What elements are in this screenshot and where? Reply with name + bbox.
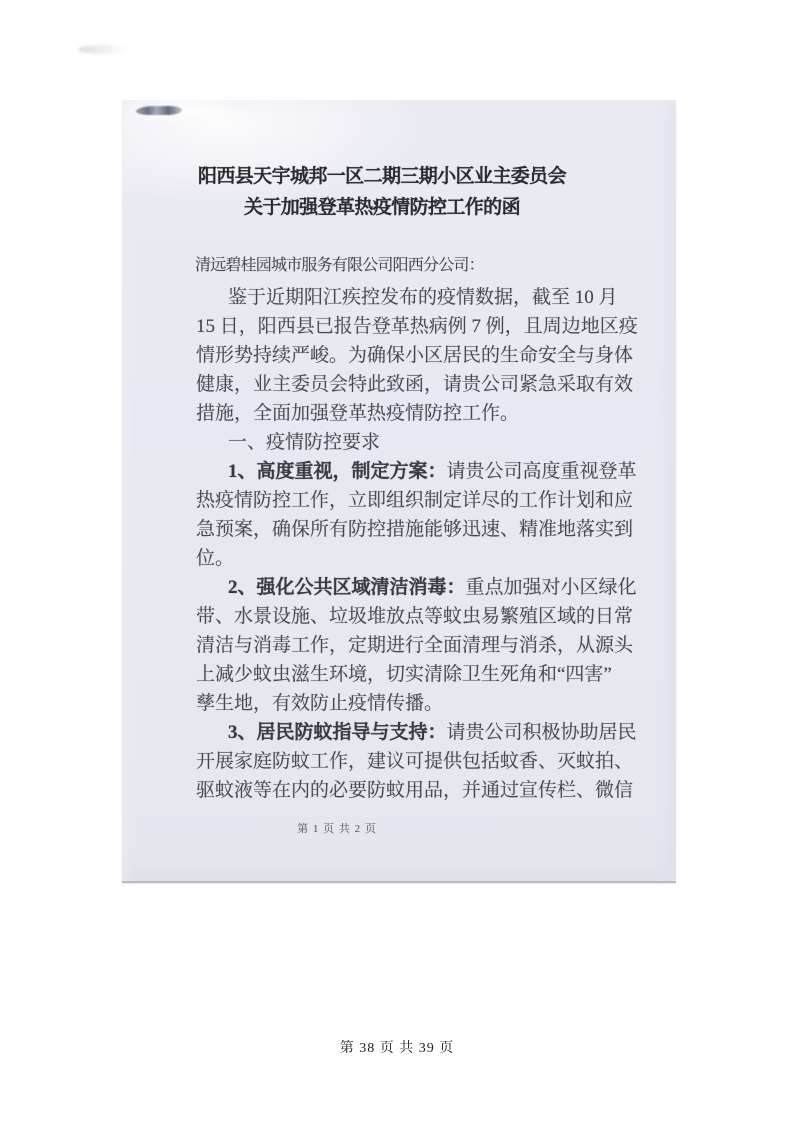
text-line-bold-segment: 3、居民防蚊指导与支持： <box>228 722 447 743</box>
pdf-page: 阳西县天宇城邦一区二期三期小区业主委员会 关于加强登革热疫情防控工作的函 清远碧… <box>0 0 794 1123</box>
text-line-text: 上减少蚊虫滋生环境，切实清除卫生死角和“四害” <box>196 664 612 685</box>
text-line-text: 急预案，确保所有防控措施能够迅速、精准地落实到 <box>196 519 633 540</box>
text-line: 位。 <box>196 544 646 573</box>
scan-ink-blob-artifact <box>136 106 182 115</box>
text-line-text: 重点加强对小区绿化 <box>466 577 637 598</box>
text-line: 鉴于近期阳江疾控发布的疫情数据，截至 10 月 <box>196 283 646 312</box>
text-line-bold-segment: 1、高度重视，制定方案： <box>228 461 447 482</box>
text-line: 急预案，确保所有防控措施能够迅速、精准地落实到 <box>196 515 646 544</box>
document-title: 阳西县天宇城邦一区二期三期小区业主委员会 关于加强登革热疫情防控工作的函 <box>196 161 568 223</box>
text-line: 3、居民防蚊指导与支持：请贵公司积极协助居民 <box>196 718 646 747</box>
scanned-document: 阳西县天宇城邦一区二期三期小区业主委员会 关于加强登革热疫情防控工作的函 清远碧… <box>122 100 676 881</box>
text-line-text: 开展家庭防蚊工作，建议可提供包括蚊香、灭蚊拍、 <box>196 751 633 772</box>
document-title-line-1: 阳西县天宇城邦一区二期三期小区业主委员会 <box>196 161 568 192</box>
text-line-text: 请贵公司高度重视登革 <box>447 461 637 482</box>
text-line-text: 健康，业主委员会特此致函，请贵公司紧急采取有效 <box>196 374 633 395</box>
text-line: 开展家庭防蚊工作，建议可提供包括蚊香、灭蚊拍、 <box>196 747 646 776</box>
text-line: 清洁与消毒工作，定期进行全面清理与消杀，从源头 <box>196 631 646 660</box>
text-line: 一、疫情防控要求 <box>196 428 646 457</box>
text-line: 1、高度重视，制定方案：请贵公司高度重视登革 <box>196 457 646 486</box>
document-title-line-2: 关于加强登革热疫情防控工作的函 <box>196 192 568 223</box>
text-line: 驱蚊液等在内的必要防蚊用品，并通过宣传栏、微信 <box>196 776 646 805</box>
text-line: 2、强化公共区域清洁消毒：重点加强对小区绿化 <box>196 573 646 602</box>
text-line: 措施，全面加强登革热疫情防控工作。 <box>196 399 646 428</box>
text-line-text: 鉴于近期阳江疾控发布的疫情数据，截至 10 月 <box>228 287 618 308</box>
text-line-text: 孳生地，有效防止疫情传播。 <box>196 693 443 714</box>
text-line-text: 带、水景设施、垃圾堆放点等蚊虫易繁殖区域的日常 <box>196 606 633 627</box>
scan-page-number: 第 1 页 共 2 页 <box>272 820 402 836</box>
text-line-text: 清洁与消毒工作，定期进行全面清理与消杀，从源头 <box>196 635 633 656</box>
text-line-text: 请贵公司积极协助居民 <box>447 722 637 743</box>
text-line: 热疫情防控工作，立即组织制定详尽的工作计划和应 <box>196 486 646 515</box>
text-line-text: 热疫情防控工作，立即组织制定详尽的工作计划和应 <box>196 490 633 511</box>
text-line-text: 驱蚊液等在内的必要防蚊用品，并通过宣传栏、微信 <box>196 780 633 801</box>
text-line-text: 情形势持续严峻。为确保小区居民的生命安全与身体 <box>196 345 633 366</box>
text-line: 带、水景设施、垃圾堆放点等蚊虫易繁殖区域的日常 <box>196 602 646 631</box>
text-line-text: 位。 <box>196 548 234 569</box>
text-line-text: 措施，全面加强登革热疫情防控工作。 <box>196 403 519 424</box>
scan-body-lines: 鉴于近期阳江疾控发布的疫情数据，截至 10 月15 日，阳西县已报告登革热病例 … <box>196 283 646 805</box>
text-line: 情形势持续严峻。为确保小区居民的生命安全与身体 <box>196 341 646 370</box>
text-line: 上减少蚊虫滋生环境，切实清除卫生死角和“四害” <box>196 660 646 689</box>
text-line: 健康，业主委员会特此致函，请贵公司紧急采取有效 <box>196 370 646 399</box>
text-line-text: 15 日，阳西县已报告登革热病例 7 例，且周边地区疫 <box>196 316 638 337</box>
text-line: 孳生地，有效防止疫情传播。 <box>196 689 646 718</box>
salutation: 清远碧桂园城市服务有限公司阳西分公司： <box>195 252 484 275</box>
text-line-text: 一、疫情防控要求 <box>228 432 380 453</box>
page-number-footer: 第 38 页 共 39 页 <box>0 1037 794 1057</box>
scan-smudge-artifact <box>78 45 130 54</box>
text-line-bold-segment: 2、强化公共区域清洁消毒： <box>228 577 466 598</box>
text-line: 15 日，阳西县已报告登革热病例 7 例，且周边地区疫 <box>196 312 646 341</box>
